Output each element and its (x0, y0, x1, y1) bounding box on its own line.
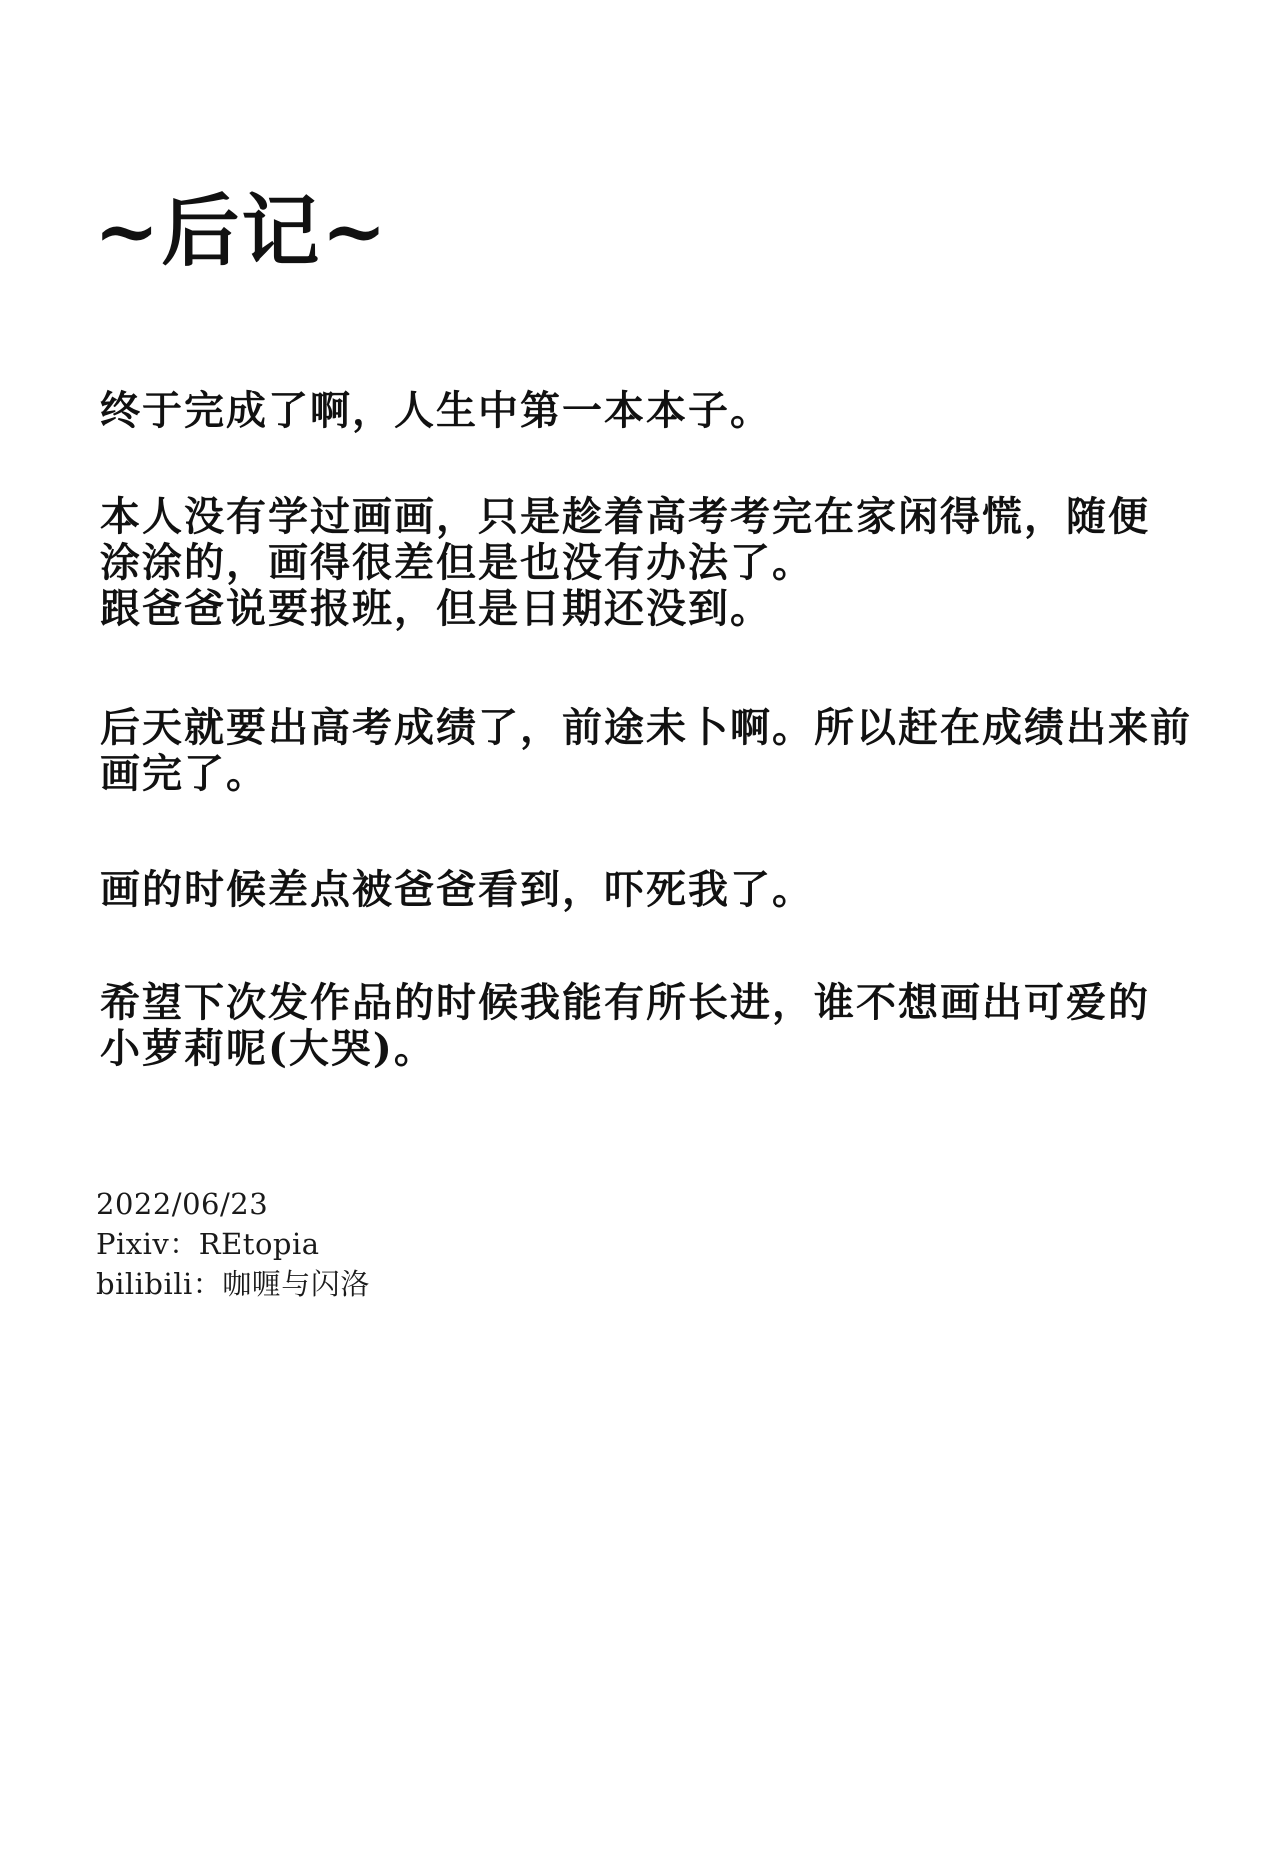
paragraph-line: 小萝莉呢(大哭)。 (100, 1026, 1260, 1072)
bilibili-handle: bilibili：咖喱与闪洛 (96, 1264, 370, 1304)
paragraph-line: 本人没有学过画画，只是趁着高考考完在家闲得慌，随便 (100, 494, 1260, 540)
signature-footer: 2022/06/23 Pixiv：REtopia bilibili：咖喱与闪洛 (96, 1184, 370, 1304)
paragraph-line: 画完了。 (100, 751, 1260, 797)
page-title: ~后记~ (94, 186, 389, 278)
paragraph-almost-caught: 画的时候差点被爸爸看到，吓死我了。 (100, 867, 1260, 913)
paragraph-line: 跟爸爸说要报班，但是日期还没到。 (100, 586, 1260, 632)
paragraph-hope: 希望下次发作品的时候我能有所长进，谁不想画出可爱的 小萝莉呢(大哭)。 (100, 980, 1260, 1072)
paragraph-exam-results: 后天就要出高考成绩了，前途未卜啊。所以赶在成绩出来前 画完了。 (100, 705, 1260, 797)
afterword-page: ~后记~ 终于完成了啊，人生中第一本本子。 本人没有学过画画，只是趁着高考考完在… (0, 0, 1280, 1850)
date-text: 2022/06/23 (96, 1184, 370, 1224)
paragraph-line: 后天就要出高考成绩了，前途未卜啊。所以赶在成绩出来前 (100, 705, 1260, 751)
paragraph-line: 画的时候差点被爸爸看到，吓死我了。 (100, 867, 1260, 913)
paragraph-line: 希望下次发作品的时候我能有所长进，谁不想画出可爱的 (100, 980, 1260, 1026)
paragraph-line: 涂涂的，画得很差但是也没有办法了。 (100, 540, 1260, 586)
pixiv-handle: Pixiv：REtopia (96, 1224, 370, 1264)
paragraph-line: 终于完成了啊，人生中第一本本子。 (100, 388, 1260, 434)
paragraph-completion: 终于完成了啊，人生中第一本本子。 (100, 388, 1260, 434)
paragraph-background: 本人没有学过画画，只是趁着高考考完在家闲得慌，随便 涂涂的，画得很差但是也没有办… (100, 494, 1260, 632)
